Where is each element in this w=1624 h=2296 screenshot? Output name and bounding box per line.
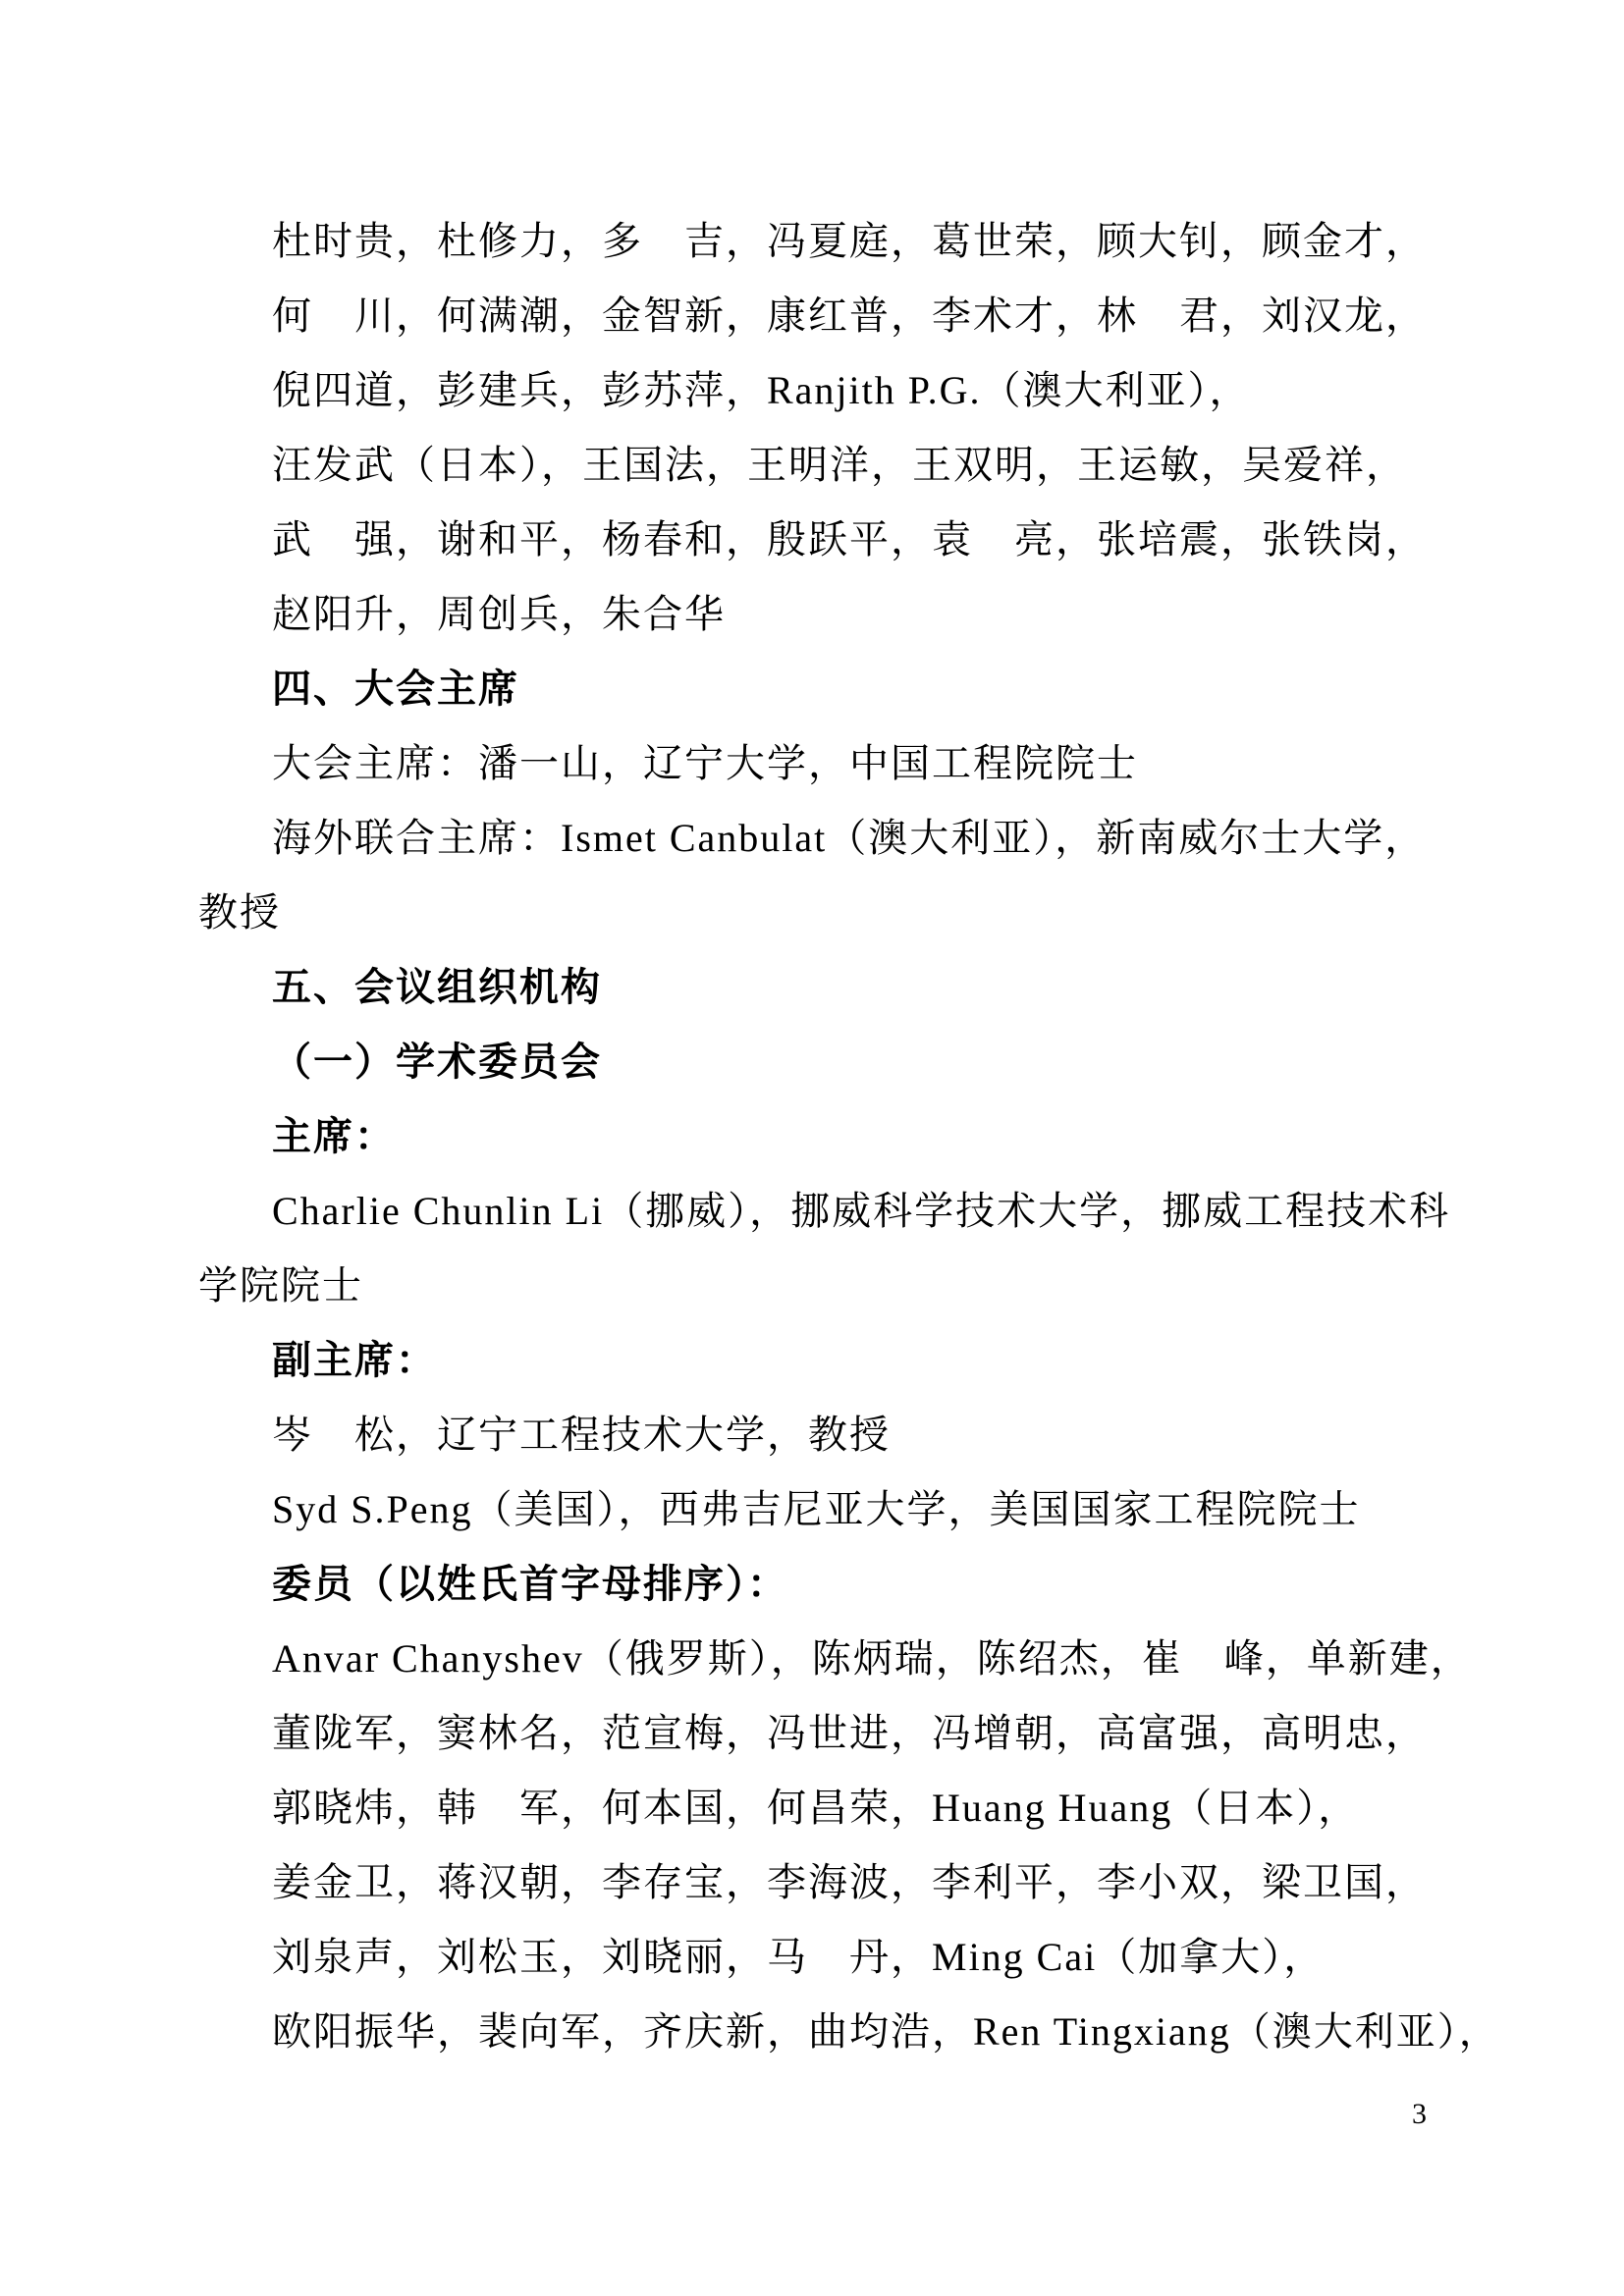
- heading-line: 主席：: [198, 1099, 1445, 1174]
- text-line: 董陇军，窦林名，范宣梅，冯世进，冯增朝，高富强，高明忠，: [198, 1696, 1445, 1771]
- page-number: 3: [1412, 2095, 1427, 2134]
- text-line: 姜金卫，蒋汉朝，李存宝，李海波，李利平，李小双，梁卫国，: [198, 1845, 1445, 1920]
- text-line: Charlie Chunlin Li（挪威），挪威科学技术大学，挪威工程技术科: [198, 1174, 1445, 1249]
- text-line: 教授: [198, 876, 1445, 950]
- text-line: 倪四道，彭建兵，彭苏萍，Ranjith P.G.（澳大利亚），: [198, 353, 1445, 428]
- heading-line: 四、大会主席: [198, 652, 1445, 726]
- text-line: 岑 松，辽宁工程技术大学，教授: [198, 1398, 1445, 1472]
- text-line: 刘泉声，刘松玉，刘晓丽，马 丹，Ming Cai（加拿大），: [198, 1920, 1445, 1995]
- text-line: 何 川，何满潮，金智新，康红普，李术才，林 君，刘汉龙，: [198, 279, 1445, 353]
- heading-line: 副主席：: [198, 1323, 1445, 1398]
- text-line: 大会主席：潘一山，辽宁大学，中国工程院院士: [198, 726, 1445, 801]
- text-line: 郭晓炜，韩 军，何本国，何昌荣，Huang Huang（日本），: [198, 1771, 1445, 1845]
- text-line: 学院院士: [198, 1249, 1445, 1323]
- text-line: 杜时贵，杜修力，多 吉，冯夏庭，葛世荣，顾大钊，顾金才，: [198, 204, 1445, 279]
- heading-line: 五、会议组织机构: [198, 950, 1445, 1025]
- heading-line: 委员（以姓氏首字母排序）：: [198, 1547, 1445, 1622]
- text-line: 汪发武（日本），王国法，王明洋，王双明，王运敏，吴爱祥，: [198, 428, 1445, 503]
- text-line: 赵阳升，周创兵，朱合华: [198, 577, 1445, 652]
- text-line: Syd S.Peng（美国），西弗吉尼亚大学，美国国家工程院院士: [198, 1472, 1445, 1547]
- document-page: 杜时贵，杜修力，多 吉，冯夏庭，葛世荣，顾大钊，顾金才，何 川，何满潮，金智新，…: [0, 0, 1624, 2296]
- text-line: 海外联合主席：Ismet Canbulat（澳大利亚），新南威尔士大学，: [198, 801, 1445, 876]
- text-line: 欧阳振华，裴向军，齐庆新，曲均浩，Ren Tingxiang（澳大利亚），: [198, 1995, 1445, 2069]
- text-line: Anvar Chanyshev（俄罗斯），陈炳瑞，陈绍杰，崔 峰，单新建，: [198, 1622, 1445, 1696]
- text-line: 武 强，谢和平，杨春和，殷跃平，袁 亮，张培震，张铁岗，: [198, 503, 1445, 577]
- heading-line: （一）学术委员会: [198, 1025, 1445, 1099]
- document-body: 杜时贵，杜修力，多 吉，冯夏庭，葛世荣，顾大钊，顾金才，何 川，何满潮，金智新，…: [198, 204, 1445, 2069]
